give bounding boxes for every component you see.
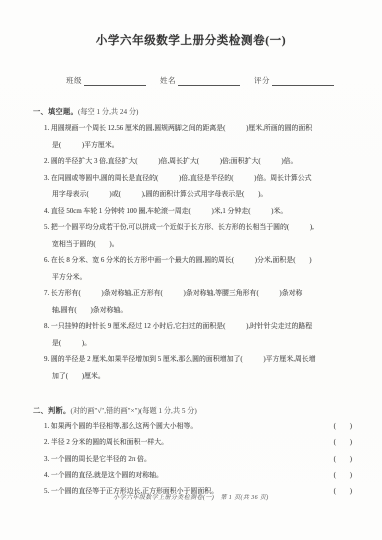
question-2-line-1: 2. 圆的半径扩大 3 倍,直径扩大( )倍,周长扩大( )倍;面积扩大( )倍… bbox=[44, 154, 374, 171]
question-7-line-1: 7. 长方形有( )条对称轴,正方形有( )条对称轴,等腰三角形有( )条对称 bbox=[44, 286, 374, 303]
class-field: 班级 bbox=[66, 75, 146, 86]
section1-heading: 一、填空题。(每空 1 分,共 24 分) bbox=[33, 107, 354, 117]
judgment-item-3-answer-bracket: ( ) bbox=[334, 452, 352, 468]
name-field-label: 姓名 bbox=[160, 75, 176, 86]
question-6: 6. 在长 8 分米、宽 6 分米的长方形中画一个最大的圆,圆的周长( )分米,… bbox=[44, 253, 382, 286]
question-5-line-1: 5. 把一个圆平均分成若干份,可以拼成一个近似于长方形、长方形的长相当于圆的( … bbox=[44, 220, 374, 237]
question-1-line-2: 是( )平方厘米。 bbox=[44, 138, 382, 155]
test-paper-page: 小学六年级数学上册分类检测卷(一) 班级 姓名 评分 一、填空题。(每空 1 分… bbox=[0, 0, 382, 540]
judgment-item-3: 3. 一个圆的周长是它半径的 2π 倍。 ( ) bbox=[44, 452, 352, 468]
question-3: 3. 在同圆或等圆中,圆的周长是直径的( )倍,直径是半径的( )倍。周长计算公… bbox=[44, 171, 382, 204]
question-4: 4. 直径 50cm 车轮 1 分钟转 100 圈,车轮滚一周走( )米,1 分… bbox=[44, 204, 382, 221]
question-4-line-1: 4. 直径 50cm 车轮 1 分钟转 100 圈,车轮滚一周走( )米,1 分… bbox=[44, 204, 374, 221]
judgment-item-2: 2. 半径 2 分米的圆的周长和面积一样大。 ( ) bbox=[44, 435, 352, 451]
question-8-line-1: 8. 一只挂钟的时针长 9 厘米,经过 12 小时后,它扫过的面积是( ),时针… bbox=[44, 319, 374, 336]
judgment-item-1-text: 1. 如果两个圆的半径相等,那么这两个圆大小相等。 bbox=[44, 419, 197, 435]
score-field-blank bbox=[272, 76, 334, 86]
question-5: 5. 把一个圆平均分成若干份,可以拼成一个近似于长方形、长方形的长相当于圆的( … bbox=[44, 220, 382, 253]
name-field: 姓名 bbox=[160, 75, 240, 86]
section2-heading: 二、判断。(对的画"√",错的画"×")(每题 1 分,共 5 分) bbox=[33, 406, 354, 416]
section1-heading-note: (每空 1 分,共 24 分) bbox=[78, 108, 139, 116]
question-7-line-2: 轴,圆有( )条对称轴。 bbox=[44, 303, 382, 320]
question-3-line-1: 3. 在同圆或等圆中,圆的周长是直径的( )倍,直径是半径的( )倍。周长计算公… bbox=[44, 171, 374, 188]
score-field-label: 评分 bbox=[254, 75, 270, 86]
question-6-line-1: 6. 在长 8 分米、宽 6 分米的长方形中画一个最大的圆,圆的周长( )分米,… bbox=[44, 253, 374, 270]
section2-heading-title: 二、判断。 bbox=[33, 407, 70, 415]
header-fields: 班级 姓名 评分 bbox=[66, 75, 382, 86]
judgment-item-2-text: 2. 半径 2 分米的圆的周长和面积一样大。 bbox=[44, 435, 168, 451]
page-footer: 小学六年级数学上册分类检测卷(一) 第 1 页(共 36 页) bbox=[0, 492, 382, 501]
page-title: 小学六年级数学上册分类检测卷(一) bbox=[0, 0, 382, 48]
section1-heading-title: 一、填空题。 bbox=[33, 108, 78, 116]
question-9: 9. 圆的半径是 2 厘米,如果半径增加到 5 厘米,那么圆的面积增加了( )平… bbox=[44, 352, 382, 385]
judgment-item-2-answer-bracket: ( ) bbox=[334, 435, 352, 451]
class-field-label: 班级 bbox=[66, 75, 82, 86]
question-3-line-2: 用字母表示( )或( ),圆的面积计算公式用字母表示是( )。 bbox=[44, 187, 382, 204]
question-6-line-2: 平方分米。 bbox=[44, 270, 382, 287]
question-1: 1. 用圆规画一个周长 12.56 厘米的圆,圆规两脚之间的距离是( )厘米,所… bbox=[44, 121, 382, 154]
score-field: 评分 bbox=[254, 75, 334, 86]
judgment-item-1-answer-bracket: ( ) bbox=[334, 419, 352, 435]
judgment-item-4-answer-bracket: ( ) bbox=[334, 468, 352, 484]
judgment-item-3-text: 3. 一个圆的周长是它半径的 2π 倍。 bbox=[44, 452, 151, 468]
fill-in-question-list: 1. 用圆规画一个周长 12.56 厘米的圆,圆规两脚之间的距离是( )厘米,所… bbox=[44, 121, 382, 385]
question-2: 2. 圆的半径扩大 3 倍,直径扩大( )倍,周长扩大( )倍;面积扩大( )倍… bbox=[44, 154, 382, 171]
question-9-line-1: 9. 圆的半径是 2 厘米,如果半径增加到 5 厘米,那么圆的面积增加了( )平… bbox=[44, 352, 374, 369]
question-8-line-2: 是( )。 bbox=[44, 336, 382, 353]
question-9-line-2: 加了( )厘米。 bbox=[44, 369, 382, 386]
question-5-line-2: 宽相当于圆的( )。 bbox=[44, 237, 382, 254]
judgment-item-1: 1. 如果两个圆的半径相等,那么这两个圆大小相等。 ( ) bbox=[44, 419, 352, 435]
judgment-item-4-text: 4. 一个圆的直径,就是这个圆的对称轴。 bbox=[44, 468, 163, 484]
class-field-blank bbox=[84, 76, 146, 86]
judgment-item-list: 1. 如果两个圆的半径相等,那么这两个圆大小相等。 ( ) 2. 半径 2 分米… bbox=[0, 419, 382, 500]
question-7: 7. 长方形有( )条对称轴,正方形有( )条对称轴,等腰三角形有( )条对称 … bbox=[44, 286, 382, 319]
name-field-blank bbox=[178, 76, 240, 86]
judgment-item-4: 4. 一个圆的直径,就是这个圆的对称轴。 ( ) bbox=[44, 468, 352, 484]
question-1-line-1: 1. 用圆规画一个周长 12.56 厘米的圆,圆规两脚之间的距离是( )厘米,所… bbox=[44, 121, 374, 138]
section2-heading-note: (对的画"√",错的画"×")(每题 1 分,共 5 分) bbox=[70, 407, 196, 415]
question-8: 8. 一只挂钟的时针长 9 厘米,经过 12 小时后,它扫过的面积是( ),时针… bbox=[44, 319, 382, 352]
